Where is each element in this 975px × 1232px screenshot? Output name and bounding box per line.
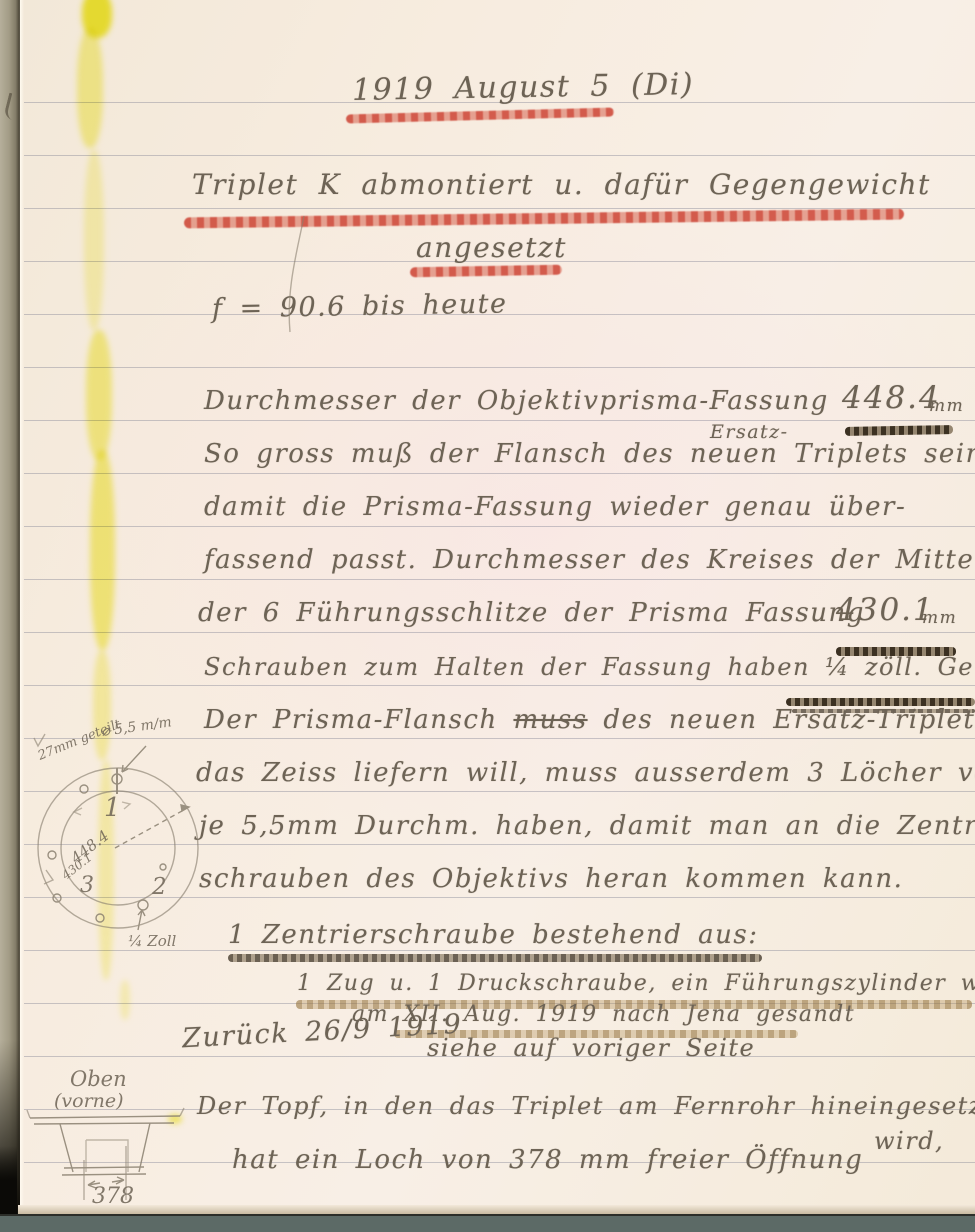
- body-line-with-strikethrough: Der Prisma-Flansch muss des neuen Ersatz…: [204, 705, 975, 735]
- highlight-smear: [90, 450, 115, 650]
- body-line: das Zeiss liefern will, muss ausserdem 3…: [196, 758, 975, 788]
- sketch-label-vorne: (vorne): [54, 1090, 124, 1112]
- body-line: Durchmesser der Objektivprisma-Fassung: [204, 386, 829, 416]
- underline-zentrierschraube: [228, 954, 762, 962]
- sketch-label-oben: Oben: [70, 1067, 127, 1091]
- pencil-flourish: [278, 214, 324, 336]
- unit-mm: mm: [929, 396, 964, 416]
- dark-underline-448: [845, 425, 953, 436]
- measurement-430: 430.1: [836, 592, 935, 628]
- line-part: des neuen Ersatz-Triplets,: [588, 705, 975, 735]
- see-previous-page-note: siehe auf voriger Seite: [427, 1034, 755, 1062]
- position-number-1: 1: [104, 793, 121, 823]
- focal-length-note: f = 90.6 bis heute: [212, 288, 508, 324]
- parts-line: 1 Zug u. 1 Druckschraube, ein Führungszy…: [297, 971, 975, 996]
- body-line: Der Topf, in den das Triplet am Fernrohr…: [197, 1092, 975, 1120]
- body-line: schrauben des Objektivs heran kommen kan…: [199, 864, 903, 894]
- line-part: Der Prisma-Flansch: [204, 705, 513, 735]
- highlight-smear: [86, 330, 112, 460]
- notebook-page: 1919 August 5 (Di) Triplet K abmontiert …: [0, 0, 975, 1232]
- measurement-448: 448.4: [842, 380, 941, 416]
- date-title: 1919 August 5 (Di): [352, 67, 695, 108]
- heading-line-1: Triplet K abmontiert u. dafür Gegengewic…: [192, 168, 931, 201]
- scanner-background-band: [0, 1214, 975, 1232]
- unit-mm: mm: [922, 608, 957, 628]
- body-line: fassend passt. Durchmesser des Kreises d…: [204, 545, 975, 575]
- returned-date-note: Zurück 26/9 1919: [181, 1009, 463, 1055]
- hole-diameter-label: ⌀ 5,5 m/m: [100, 714, 172, 740]
- red-underline-title: [346, 107, 614, 123]
- highlight-smear: [84, 150, 104, 330]
- body-line: Schrauben zum Halten der Fassung haben ¼…: [204, 653, 975, 681]
- body-line: damit die Prisma-Fassung wieder genau üb…: [204, 492, 906, 522]
- pot-cross-section-sketch: Oben (vorne) 378 unten (hinten: [24, 1060, 236, 1228]
- red-underline-angesetzt: [410, 265, 562, 278]
- thread-size-label: ¼ Zoll: [128, 932, 177, 950]
- body-line: So gross muß der Flansch des neuen Tripl…: [204, 439, 975, 469]
- body-line: je 5,5mm Durchm. haben, damit man an die…: [199, 811, 975, 841]
- heading-line-2: angesetzt: [416, 231, 567, 264]
- margin-circle-diagram: 27mm geteilt ⌀ 5,5 m/m 1 2 3 448.4 430.1: [26, 712, 218, 964]
- zentrierschraube-heading: 1 Zentrierschraube bestehend aus:: [228, 920, 758, 950]
- body-line: hat ein Loch von 378 mm freier Öffnung: [232, 1145, 863, 1175]
- body-line: der 6 Führungsschlitze der Prisma Fassun…: [198, 598, 865, 628]
- highlight-smear: [77, 28, 103, 148]
- page-left-highlight: [20, 0, 24, 1232]
- position-number-2: 2: [151, 874, 167, 900]
- struck-word-muss: muss: [513, 705, 587, 735]
- highlight-smear: [120, 980, 130, 1020]
- position-number-3: 3: [80, 873, 94, 898]
- wrapped-word-wird: wird,: [874, 1127, 944, 1155]
